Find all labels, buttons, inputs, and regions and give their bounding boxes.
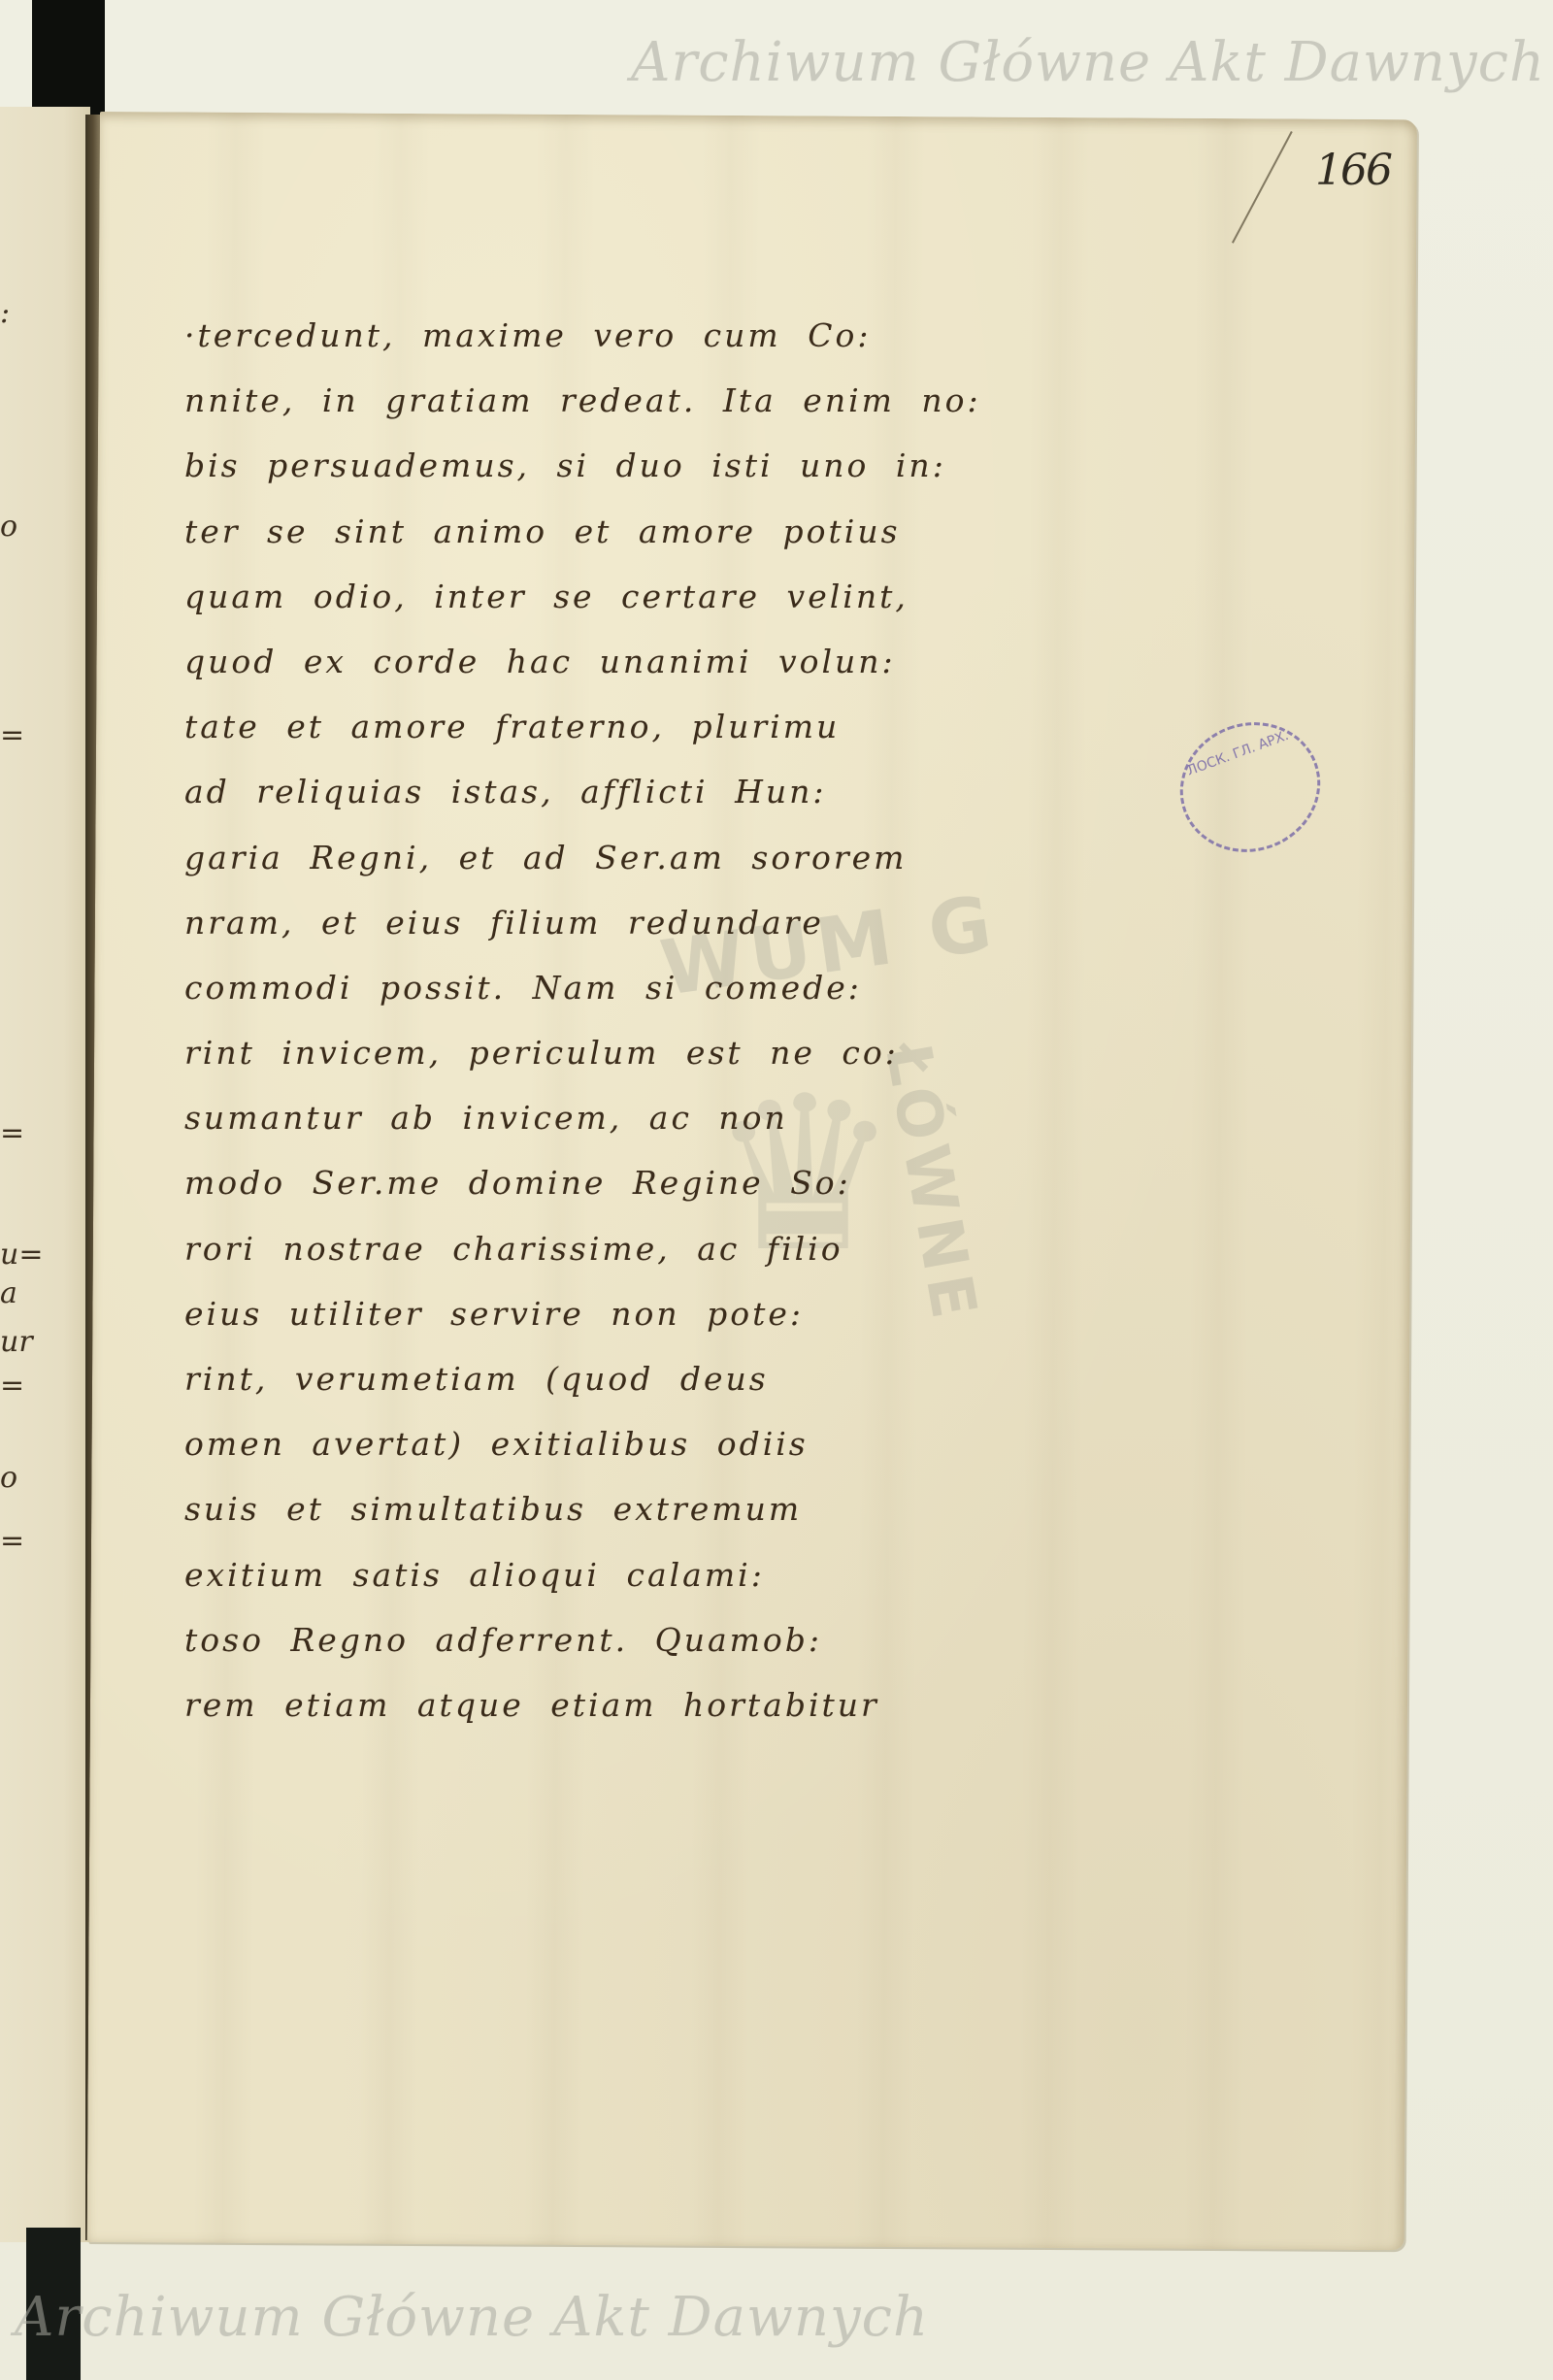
left-page-fragment: = [0,718,24,752]
archive-watermark-top: Archiwum Główne Akt Dawnych [631,31,1545,94]
manuscript-line: rori nostrae charissime, ac filio [184,1216,1058,1281]
left-page-fragment: o [0,510,17,544]
manuscript-line: modo Ser.me domine Regine So: [184,1150,1058,1215]
manuscript-line: tate et amore fraterno, plurimu [184,694,1058,759]
manuscript-line: quam odio, inter se certare velint, [184,564,1058,629]
manuscript-line: ·tercedunt, maxime vero cum Co: [184,303,1058,368]
manuscript-line: omen avertat) exitialibus odiis [184,1411,1058,1476]
manuscript-line: garia Regni, et ad Ser.am sororem [184,825,1058,890]
left-page-fragment: = [0,1116,24,1150]
manuscript-line: nnite, in gratiam redeat. Ita enim no: [184,368,1058,433]
manuscript-line: rem etiam atque etiam hortabitur [184,1672,1058,1737]
archive-watermark-bottom: Archiwum Główne Akt Dawnych [15,2286,929,2349]
manuscript-line: ad reliquias istas, afflicti Hun: [184,759,1058,824]
manuscript-line: bis persuademus, si duo isti uno in: [184,433,1058,498]
folio-number: 166 [1315,146,1391,195]
left-page-fragment: a [0,1276,17,1310]
manuscript-line: exitium satis alioqui calami: [184,1542,1058,1607]
manuscript-line: eius utiliter servire non pote: [184,1281,1058,1346]
manuscript-line: rint invicem, periculum est ne co: [184,1020,1058,1085]
manuscript-line: nram, et eius filium redundare [184,890,1058,955]
manuscript-line: ter se sint animo et amore potius [184,499,1058,564]
left-page-fragment: ur [0,1325,33,1359]
manuscript-line: suis et simultatibus extremum [184,1476,1058,1541]
manuscript-line: commodi possit. Nam si comede: [184,955,1058,1020]
manuscript-line: toso Regno adferrent. Quamob: [184,1607,1058,1672]
manuscript-line: quod ex corde hac unanimi volun: [184,629,1058,694]
left-page-fragment: = [0,1369,24,1403]
manuscript-line: rint, verumetiam (quod deus [184,1346,1058,1411]
left-page-edge: : o = = u= a ur = o = [0,107,90,2242]
binding-strip-top [32,0,105,118]
left-page-fragment: = [0,1524,24,1558]
manuscript-text: ·tercedunt, maxime vero cum Co: nnite, i… [184,303,1058,1737]
manuscript-line: sumantur ab invicem, ac non [184,1085,1058,1150]
left-page-fragment: : [0,296,10,330]
left-page-fragment: o [0,1461,17,1495]
left-page-fragment: u= [0,1238,43,1272]
